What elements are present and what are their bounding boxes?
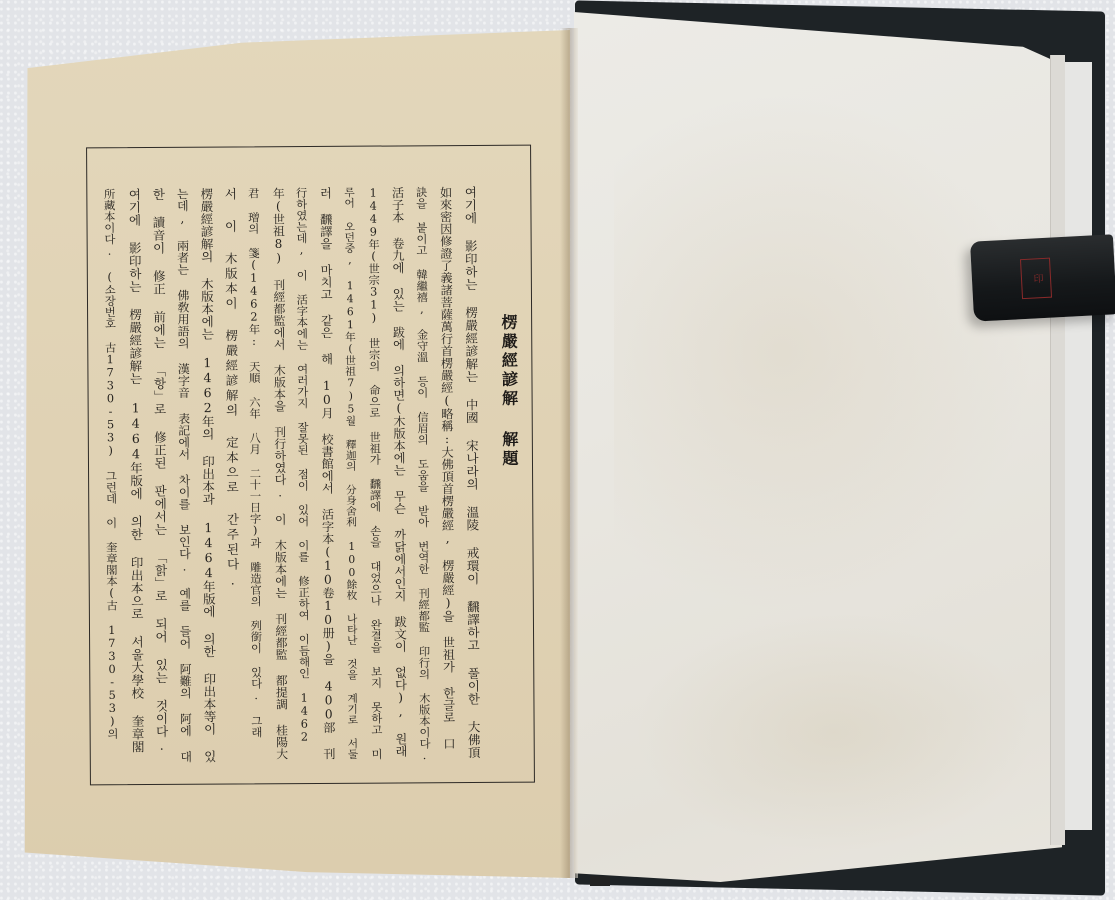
text-column: 訣을 붙이고 韓繼禧, 金守溫 등이 信眉의 도움을 받아 번역한 刊經都監 印… — [415, 186, 430, 762]
right-page-blank — [574, 12, 1062, 882]
endpaper-edge — [1050, 55, 1065, 845]
text-column: 러 飜譯을 마치고 같은 해 10月 校書館에서 活字本(10卷10册)을 40… — [319, 187, 335, 760]
book-gutter — [560, 28, 578, 878]
text-column: 1449年(世宗31) 世宗의 命으로 世祖가 飜譯에 손을 대었으나 완결을 … — [367, 187, 382, 760]
text-column: 서 이 木版本이 楞嚴經諺解의 定本으로 간주된다. — [223, 187, 238, 589]
page-stain — [634, 612, 1034, 852]
page-heading: 楞嚴經諺解 解題 — [500, 314, 517, 469]
red-seal-icon: 印 — [1020, 258, 1052, 300]
text-column: 루어 오던중, 1461年(世祖7)5월 釋迦의 分身舍利 100餘枚 나타난 … — [343, 187, 357, 760]
text-column: 여기에 影印하는 楞嚴經諺解는 中國 宋나라의 溫陵 戒環이 飜譯하고 풀이한 … — [463, 186, 479, 759]
text-column: 行하였는데, 이 活字本에는 여러가지 잘못된 점이 있어 이를 修正하여 이듬… — [295, 187, 310, 744]
cover-corner — [590, 876, 610, 886]
page-stain — [614, 92, 1034, 612]
seal-clip: 印 — [970, 234, 1115, 321]
text-column: 如來密因修證了義諸菩薩萬行首楞嚴經(略稱:大佛頂首楞嚴經, 楞嚴經)을 世祖가 … — [439, 186, 455, 749]
text-columns: 楞嚴經諺解 解題 여기에 影印하는 楞嚴經諺解는 中國 宋나라의 溫陵 戒環이 … — [87, 146, 534, 785]
text-column: 여기에 影印하는 楞嚴經諺解는 1464年版에 의한 印出本으로 서울大學校 奎… — [127, 188, 143, 753]
cover-inner-edge — [1062, 62, 1092, 830]
text-column: 活子本 卷九에 있는 跋에 의하면(木版本에는 무슨 까닭에서인지 跋文이 없다… — [391, 186, 407, 757]
text-column: 君 璔의 箋(1462年: 天順 六年 八月 二十一日字)과 雕造官의 列銜이 … — [247, 187, 262, 737]
text-column: 年(世祖8) 刊經都監에서 木版本을 刊行하였다. 이 木版本에는 刊經都監 都… — [271, 187, 286, 760]
text-frame: 楞嚴經諺解 解題 여기에 影印하는 楞嚴經諺解는 中國 宋나라의 溫陵 戒環이 … — [86, 145, 535, 786]
text-column: 는데, 兩者는 佛敎用語의 漢字音 表記에서 차이를 보인다. 예를 들어 阿難… — [175, 188, 190, 763]
text-column: 楞嚴經諺解의 木版本에는 1462年의 印出本과 1464年版에 의한 印出本等… — [199, 188, 215, 763]
text-column: 所藏本이다. (소장번호 古1730-53) 그런데 이 奎章閣本(古 1730… — [103, 188, 118, 739]
text-column: 한 讀音이 修正 前에는 「항」로 修正된 판에서는 「핡」로 되어 있는 것이… — [151, 188, 167, 753]
